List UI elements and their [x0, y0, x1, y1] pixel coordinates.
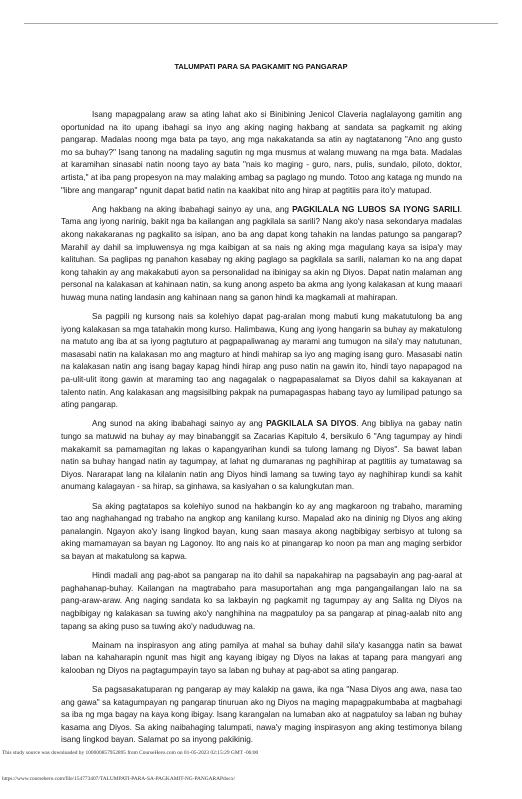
paragraph-3: Sa pagpili ng kursong nais sa kolehiyo d…: [61, 311, 462, 412]
paragraph-4: Ang sunod na aking ibabahagi sainyo ay a…: [61, 418, 462, 494]
paragraph-text: Mainam na inspirasyon ang ating pamilya …: [61, 641, 462, 675]
paragraph-5: Sa aking pagtatapos sa kolehiyo sunod na…: [61, 501, 462, 564]
paragraph-6: Hindi madali ang pag-abot sa pangarap na…: [61, 570, 462, 633]
document-body: Isang mapagpalang araw sa ating lahat ak…: [61, 109, 462, 754]
paragraph-7: Mainam na inspirasyon ang ating pamilya …: [61, 640, 462, 678]
source-url[interactable]: https://www.coursehero.com/file/15477340…: [2, 776, 235, 782]
paragraph-text: Sa aking pagtatapos sa kolehiyo sunod na…: [61, 502, 462, 561]
paragraph-text: Hindi madali ang pag-abot sa pangarap na…: [61, 571, 462, 630]
document-title: TALUMPATI PARA SA PAGKAMIT NG PANGARAP: [0, 62, 522, 71]
bold-heading: PAGKILALA SA DIYOS: [266, 419, 356, 428]
paragraph-text: Ang hakbang na aking ibabahagi sainyo ay…: [92, 205, 292, 214]
paragraph-8: Sa pagsasakatuparan ng pangarap ay may k…: [61, 684, 462, 747]
paragraph-text: . Tama ang iyong narinig, bakit nga ba k…: [61, 205, 462, 302]
paragraph-1: Isang mapagpalang araw sa ating lahat ak…: [61, 109, 462, 197]
header-rule: [24, 23, 498, 24]
download-watermark: This study source was downloaded by 1000…: [2, 750, 258, 756]
paragraph-text: Isang mapagpalang araw sa ating lahat ak…: [61, 110, 462, 195]
paragraph-2: Ang hakbang na aking ibabahagi sainyo ay…: [61, 204, 462, 305]
bold-heading: PAGKILALA NG LUBOS SA IYONG SARILI: [292, 205, 460, 214]
paragraph-text: Sa pagsasakatuparan ng pangarap ay may k…: [61, 685, 462, 744]
paragraph-text: Sa pagpili ng kursong nais sa kolehiyo d…: [61, 312, 462, 409]
paragraph-text: Ang sunod na aking ibabahagi sainyo ay a…: [92, 419, 266, 428]
paragraph-text: . Ang bibliya na gabay natin tungo sa ma…: [61, 419, 462, 491]
